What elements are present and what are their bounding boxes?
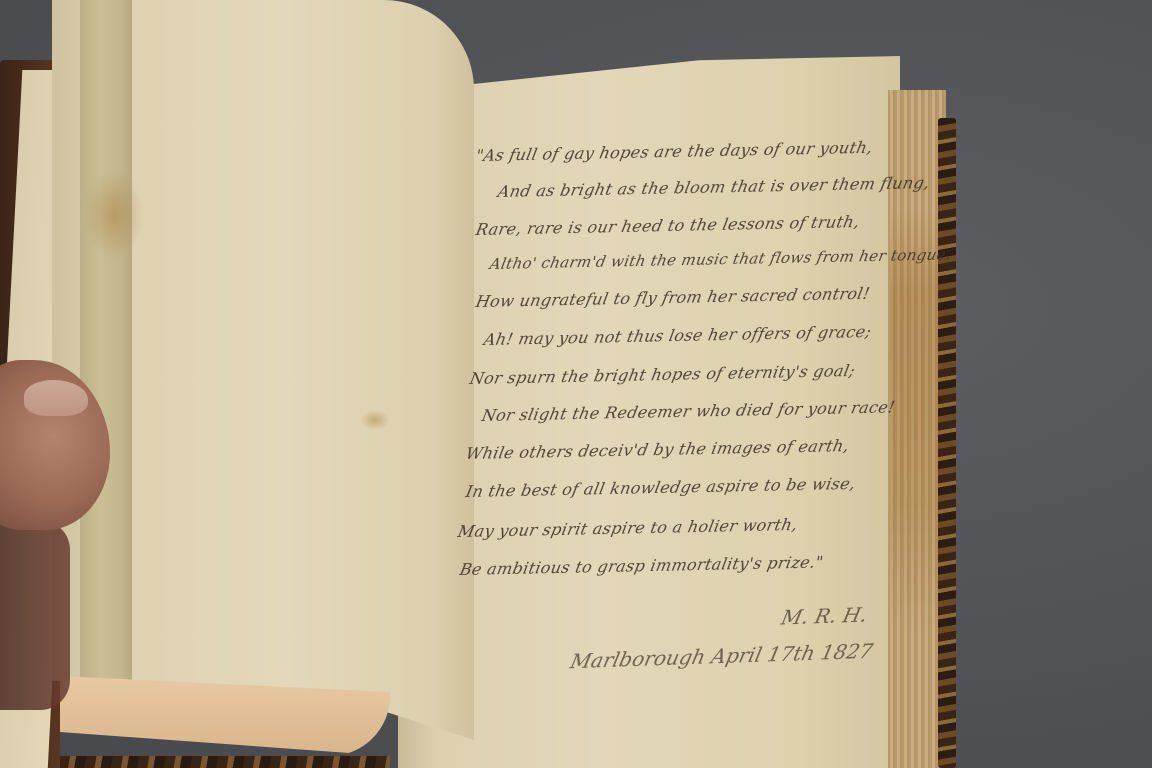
foxing-spot (360, 410, 390, 430)
page-gutter-stain (80, 0, 132, 680)
foxing-stain (890, 210, 940, 630)
thumbnail (24, 380, 88, 416)
signature-initials: M. R. H. (779, 603, 870, 630)
photo-scene: "As full of gay hopes are the days of ou… (0, 0, 1152, 768)
marbled-cover-edge (938, 118, 956, 768)
marbled-cover-bottom (60, 756, 390, 768)
hand-shadow (0, 520, 70, 710)
water-stain (84, 170, 144, 260)
